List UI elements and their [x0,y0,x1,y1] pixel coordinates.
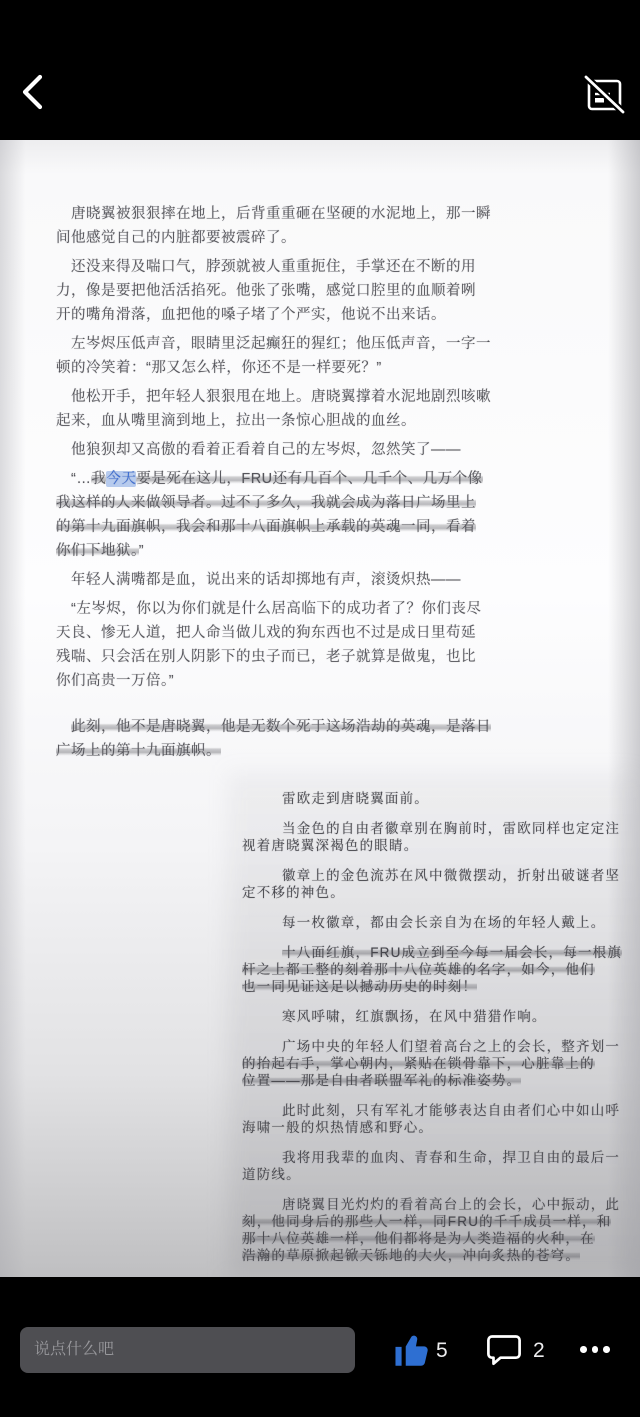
pencil-strikethrough-text: 位置——那是自由者联盟军礼的标准姿势。 [242,1073,521,1088]
app-screen: 唐晓翼被狠狠摔在地上，后背重重砸在坚硬的水泥地上，那一瞬间他感觉自己的内脏都要被… [0,0,640,1417]
text-line: “左岑烬，你以为你们就是什么居高临下的成功者了？你们丧尽 [56,597,486,621]
text-line: 道防线。 [242,1166,634,1183]
text-line: 杆之上都工整的刻着那十八位英雄的名字，如今，他们 [242,961,634,978]
paragraph: “左岑烬，你以为你们就是什么居高临下的成功者了？你们丧尽天良、惨无人道，把人命当… [56,597,486,693]
text-segment: 残喘、只会活在别人阴影下的虫子而已，老子就算是做鬼，也比 [56,649,476,665]
text-segment: 顿的冷笑着：“那又怎么样，你还不是一样要死？” [56,360,382,376]
pencil-strikethrough-text: 的第十九面旗帜，我会和那十八面旗帜上承载的英魂一同，看着 [56,519,476,535]
paragraph: 广场中央的年轻人们望着高台之上的会长，整齐划一的抬起右手，掌心朝内，紧贴在锁骨靠… [242,1038,634,1089]
pencil-strikethrough-text: 十八面红旗，FRU成立到至今每一届会长，每一根旗 [282,945,622,960]
text-line: 广场中央的年轻人们望着高台之上的会长，整齐划一 [242,1038,634,1055]
text-segment: 他狼狈却又高傲的看着正看着自己的左岑烬，忽然笑了—— [71,442,461,458]
pencil-strikethrough-text: 杆之上都工整的刻着那十八位英雄的名字，如今，他们 [242,962,595,977]
paragraph: 此时此刻，只有军礼才能够表达自由者们心中如山呼海啸一般的炽热情感和野心。 [242,1102,634,1136]
text-segment: 间他感觉自己的内脏都要被震碎了。 [56,230,296,246]
text-line: 此时此刻，只有军礼才能够表达自由者们心中如山呼 [242,1102,634,1119]
text-segment: 还没来得及喘口气，脖颈就被人重重扼住，手掌还在不断的用 [71,259,476,275]
paragraph: 此刻，他不是唐晓翼，他是无数个死于这场浩劫的英魂，是落日广场上的第十九面旗帜。 [56,715,486,763]
novel-page-2-text: 雷欧走到唐晓翼面前。当金色的自由者徽章别在胸前时，雷欧同样也定定注视着唐晓翼深褐… [242,790,634,1277]
pencil-strikethrough-text: 我 [91,471,106,487]
text-line: 我将用我辈的血肉、青春和生命，捍卫自由的最后一 [242,1149,634,1166]
paragraph: 当金色的自由者徽章别在胸前时，雷欧同样也定定注视着唐晓翼深褐色的眼睛。 [242,820,634,854]
text-line: 徽章上的金色流苏在风中微微摆动，折射出破谜者坚 [242,867,634,884]
dot-icon [592,1346,599,1353]
paragraph: 十八面红旗，FRU成立到至今每一届会长，每一根旗杆之上都工整的刻着那十八位英雄的… [242,944,634,995]
paragraph: 寒风呼啸，红旗飘扬，在风中猎猎作响。 [242,1008,634,1025]
text-line: 你们高贵一万倍。” [56,669,486,693]
pencil-strikethrough-text: 那十八位英雄一样，他们都将是为人类造福的火种，在 [242,1231,595,1246]
like-button[interactable] [392,1331,432,1374]
pencil-strikethrough-text: 的抬起右手，掌心朝内，紧贴在锁骨靠下，心脏靠上的 [242,1056,595,1071]
text-line: 年轻人满嘴都是血，说出来的话却掷地有声，滚烫炽热—— [56,568,486,592]
text-line: “…我今天要是死在这儿，FRU还有几百个、几千个、几万个像 [56,467,486,491]
text-line: 每一枚徽章，都由会长亲自为在场的年轻人戴上。 [242,914,634,931]
text-line: 的抬起右手，掌心朝内，紧贴在锁骨靠下，心脏靠上的 [242,1055,634,1072]
post-image-area[interactable]: 唐晓翼被狠狠摔在地上，后背重重砸在坚硬的水泥地上，那一瞬间他感觉自己的内脏都要被… [0,140,640,1277]
text-segment: 他松开手，把年轻人狠狠甩在地上。唐晓翼撑着水泥地剧烈咳嗽 [71,389,491,405]
text-line: 也一同见证这足以撼动历史的时刻！ [242,978,634,995]
text-line: 定不移的神色。 [242,884,634,901]
text-segment: 唐晓翼被狠狠摔在地上，后背重重砸在坚硬的水泥地上，那一瞬 [71,206,491,222]
paragraph: 唐晓翼被狠狠摔在地上，后背重重砸在坚硬的水泥地上，那一瞬间他感觉自己的内脏都要被… [56,202,486,250]
dot-icon [603,1346,610,1353]
comment-input[interactable] [20,1327,355,1373]
pencil-strikethrough-text: 你们下地狱。 [56,543,139,559]
paragraph: 雷欧走到唐晓翼面前。 [242,790,634,807]
text-line: 刻，他同身后的那些人一样，同FRU的千千成员一样，和 [242,1213,634,1230]
text-line: 此刻，他不是唐晓翼，他是无数个死于这场浩劫的英魂，是落日 [56,715,486,739]
text-line: 浩瀚的草原掀起锨天铄地的大火，冲向炙热的苍穹。 [242,1247,634,1264]
paragraph: 年轻人满嘴都是血，说出来的话却掷地有声，滚烫炽热—— [56,568,486,592]
comment-count: 2 [533,1334,545,1368]
text-line: 唐晓翼目光灼灼的看着高台上的会长，心中振动，此 [242,1196,634,1213]
text-line: 广场上的第十九面旗帜。 [56,739,486,763]
pencil-strikethrough-text: 此刻，他不是唐晓翼，他是无数个死于这场浩劫的英魂，是落日 [71,719,491,735]
text-line: 残喘、只会活在别人阴影下的虫子而已，老子就算是做鬼，也比 [56,645,486,669]
text-line: 十八面红旗，FRU成立到至今每一届会长，每一根旗 [242,944,634,961]
text-line: 那十八位英雄一样，他们都将是为人类造福的火种，在 [242,1230,634,1247]
text-segment: 我将用我辈的血肉、青春和生命，捍卫自由的最后一 [282,1150,620,1165]
text-line: 开的嘴角滑落，血把他的嗓子堵了个严实，他说不出来话。 [56,303,486,327]
dot-icon [580,1346,587,1353]
pencil-strikethrough-text: 我这样的人来做领导者。过不了多久，我就会成为落日广场里上 [56,495,476,511]
text-segment: 年轻人满嘴都是血，说出来的话却掷地有声，滚烫炽热—— [71,572,461,588]
text-segment: “… [71,471,91,487]
text-segment: 道防线。 [242,1167,301,1182]
pencil-strikethrough-text: 要是死在这儿，FRU还有几百个、几千个、几万个像 [136,471,482,487]
paragraph: 唐晓翼目光灼灼的看着高台上的会长，心中振动，此刻，他同身后的那些人一样，同FRU… [242,1196,634,1264]
like-count: 5 [436,1334,448,1368]
text-line: 的第十九面旗帜，我会和那十八面旗帜上承载的英魂一同，看着 [56,515,486,539]
paragraph: 每一枚徽章，都由会长亲自为在场的年轻人戴上。 [242,914,634,931]
text-line: 他松开手，把年轻人狠狠甩在地上。唐晓翼撑着水泥地剧烈咳嗽 [56,385,486,409]
text-segment: 广场中央的年轻人们望着高台之上的会长，整齐划一 [282,1039,620,1054]
text-segment: 海啸一般的炽热情感和野心。 [242,1120,433,1135]
chevron-left-icon [16,70,52,114]
paragraph: 我将用我辈的血肉、青春和生命，捍卫自由的最后一道防线。 [242,1149,634,1183]
text-line: 顿的冷笑着：“那又怎么样，你还不是一样要死？” [56,356,486,380]
text-segment: “左岑烬，你以为你们就是什么居高临下的成功者了？你们丧尽 [71,601,481,617]
text-line: 间他感觉自己的内脏都要被震碎了。 [56,226,486,250]
pencil-strikethrough-text: 也一同见证这足以撼动历史的时刻！ [242,979,477,994]
text-line: 天良、惨无人道，把人命当做儿戏的狗东西也不过是成日里苟延 [56,621,486,645]
text-line: 雷欧走到唐晓翼面前。 [242,790,634,807]
text-line: 他狼狈却又高傲的看着正看着自己的左岑烬，忽然笑了—— [56,438,486,462]
text-segment: 当金色的自由者徽章别在胸前时，雷欧同样也定定注 [282,821,620,836]
pencil-strikethrough-text: 广场上的第十九面旗帜。 [56,743,221,759]
text-line: 力，像是要把他活活掐死。他张了张嘴，感觉口腔里的血顺着咧 [56,279,486,303]
text-segment: 徽章上的金色流苏在风中微微摆动，折射出破谜者坚 [282,868,620,883]
paragraph: 还没来得及喘口气，脖颈就被人重重扼住，手掌还在不断的用力，像是要把他活活掐死。他… [56,255,486,327]
text-line: 寒风呼啸，红旗飘扬，在风中猎猎作响。 [242,1008,634,1025]
text-segment: 雷欧走到唐晓翼面前。 [282,791,429,806]
text-segment: 此时此刻，只有军礼才能够表达自由者们心中如山呼 [282,1103,620,1118]
paragraph: 他狼狈却又高傲的看着正看着自己的左岑烬，忽然笑了—— [56,438,486,462]
text-segment: 每一枚徽章，都由会长亲自为在场的年轻人戴上。 [282,915,605,930]
top-nav-bar [0,0,640,140]
text-line: 我这样的人来做领导者。过不了多久，我就会成为落日广场里上 [56,491,486,515]
text-segment: 开的嘴角滑落，血把他的嗓子堵了个严实，他说不出来话。 [56,307,446,323]
text-segment: 定不移的神色。 [242,885,345,900]
more-options-button[interactable] [580,1346,620,1354]
text-segment: ” [139,543,144,559]
paragraph: “…我今天要是死在这儿，FRU还有几百个、几千个、几万个像我这样的人来做领导者。… [56,467,486,563]
text-segment: 起来，血从嘴里滴到地上，拉出一条惊心胆战的血丝。 [56,413,416,429]
selected-highlight-text: 今天 [106,471,136,487]
text-segment: 寒风呼啸，红旗飘扬，在风中猎猎作响。 [282,1009,547,1024]
text-segment: 唐晓翼目光灼灼的看着高台上的会长，心中振动，此 [282,1197,620,1212]
comment-bar: 5 2 [0,1277,640,1417]
text-line: 当金色的自由者徽章别在胸前时，雷欧同样也定定注 [242,820,634,837]
pencil-strikethrough-text: 浩瀚的草原掀起锨天铄地的大火，冲向炙热的苍穹。 [242,1248,580,1263]
comment-bubble-icon [486,1333,522,1367]
paragraph: 徽章上的金色流苏在风中微微摆动，折射出破谜者坚定不移的神色。 [242,867,634,901]
text-line: 位置——那是自由者联盟军礼的标准姿势。 [242,1072,634,1089]
text-segment: 视着唐晓翼深褐色的眼睛。 [242,838,418,853]
pencil-strikethrough-text: 刻，他同身后的那些人一样，同FRU的千千成员一样，和 [242,1214,611,1229]
text-line: 起来，血从嘴里滴到地上，拉出一条惊心胆战的血丝。 [56,409,486,433]
text-segment: 力，像是要把他活活掐死。他张了张嘴，感觉口腔里的血顺着咧 [56,283,476,299]
text-line: 左岑烬压低声音，眼睛里泛起癫狂的猩红；他压低声音，一字一 [56,332,486,356]
text-line: 你们下地狱。” [56,539,486,563]
text-extract-disabled-icon [580,70,628,120]
paragraph: 他松开手，把年轻人狠狠甩在地上。唐晓翼撑着水泥地剧烈咳嗽起来，血从嘴里滴到地上，… [56,385,486,433]
paragraph: 左岑烬压低声音，眼睛里泛起癫狂的猩红；他压低声音，一字一顿的冷笑着：“那又怎么样… [56,332,486,380]
text-line: 唐晓翼被狠狠摔在地上，后背重重砸在坚硬的水泥地上，那一瞬 [56,202,486,226]
text-extract-disabled-button[interactable] [580,70,628,120]
text-segment: 左岑烬压低声音，眼睛里泛起癫狂的猩红；他压低声音，一字一 [71,336,491,352]
text-line: 视着唐晓翼深褐色的眼睛。 [242,837,634,854]
text-segment: 你们高贵一万倍。” [56,673,174,689]
thumbs-up-icon [392,1331,432,1369]
back-button[interactable] [16,70,52,114]
text-line: 还没来得及喘口气，脖颈就被人重重扼住，手掌还在不断的用 [56,255,486,279]
comment-button[interactable] [486,1333,522,1372]
novel-page-1-text: 唐晓翼被狠狠摔在地上，后背重重砸在坚硬的水泥地上，那一瞬间他感觉自己的内脏都要被… [56,202,486,768]
text-segment: 天良、惨无人道，把人命当做儿戏的狗东西也不过是成日里苟延 [56,625,476,641]
text-line: 海啸一般的炽热情感和野心。 [242,1119,634,1136]
